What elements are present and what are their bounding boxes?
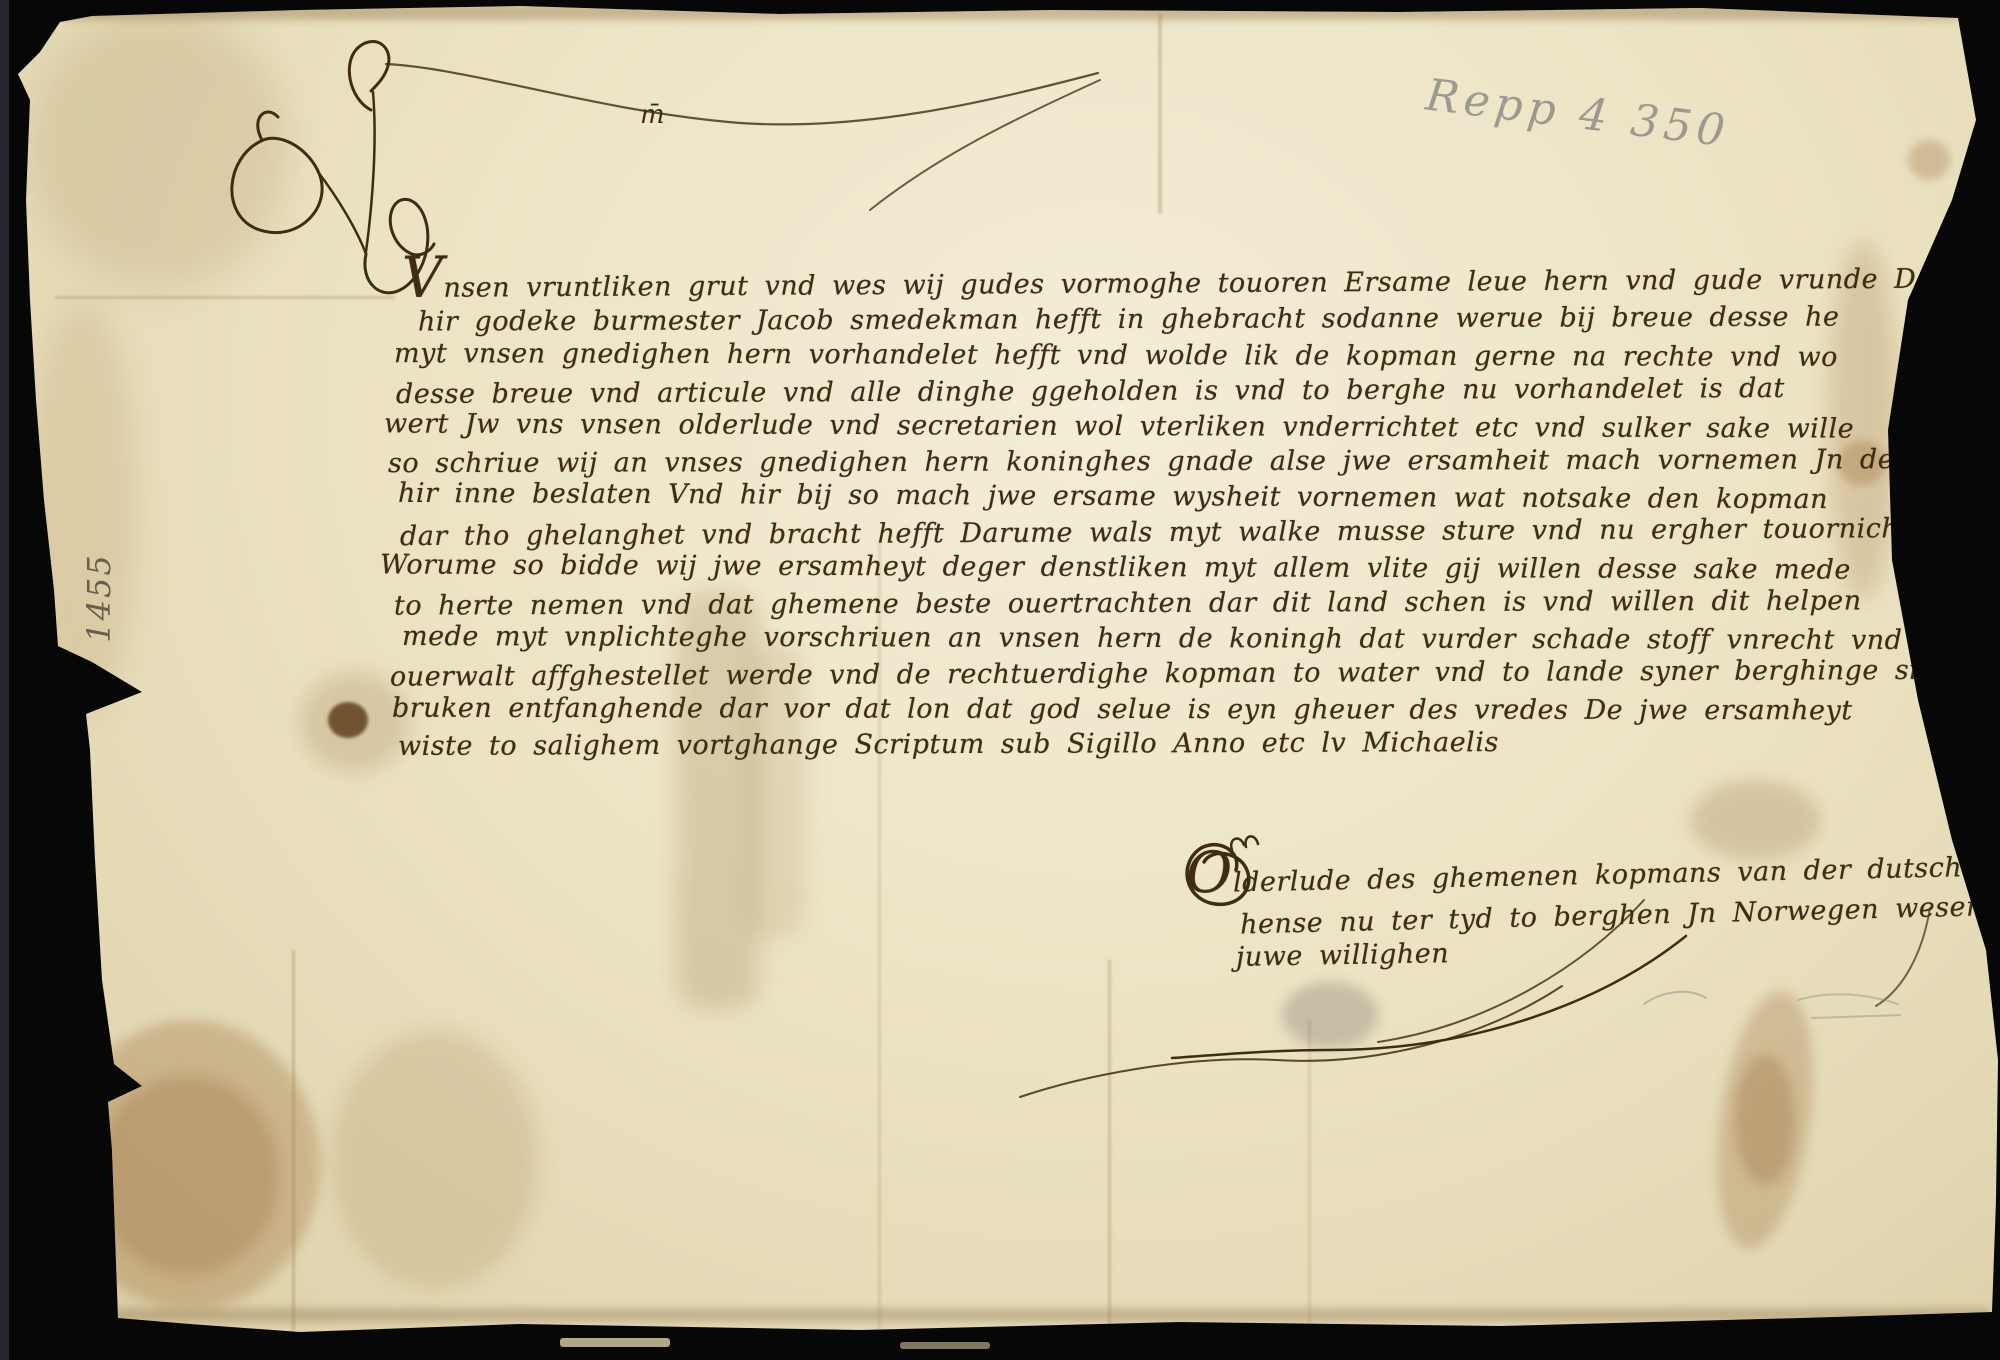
paper-chip [560, 1338, 670, 1347]
scan-background-edge [0, 0, 9, 1360]
letter-line: ouerwalt affghestellet werde vnd de rech… [390, 654, 2000, 692]
signature-line: Olderlude des ghemenen kopmans van der d… [1186, 852, 1997, 900]
letter-line: dar tho ghelanghet vnd bracht hefft Daru… [400, 513, 1962, 552]
graphite-smudge [1282, 982, 1378, 1048]
fold-crease-vertical-5 [1308, 1020, 1311, 1330]
stain-top-right [1908, 140, 1950, 180]
letter-line: so schriue wij an vnses gnedighen hern k… [388, 444, 2000, 479]
letter-line: hir inne beslaten Vnd hir bij so mach jw… [398, 478, 1828, 515]
letter-line: Worume so bidde wij jwe ersamheyt deger … [380, 549, 1851, 585]
crescent-stain-core [1735, 1055, 1795, 1185]
fold-crease-vertical-4 [1158, 14, 1162, 214]
manuscript-paper: Repp 4 350 1455 [0, 0, 2000, 1360]
top-edge-browning [60, 4, 1960, 20]
signature-line: hense nu ter tyd to berghen Jn Norwegen … [1240, 890, 2000, 940]
archival-shelfmark-note: Repp 4 350 [1423, 70, 1732, 158]
ink-blot [328, 702, 368, 738]
fold-crease-vertical-3 [1108, 960, 1111, 1330]
paper-chip [900, 1342, 990, 1349]
seal-stain-right [330, 1030, 540, 1290]
letter-line: wert Jw vns vnsen olderlude vnd secretar… [384, 408, 1854, 444]
signature-line: juwe willighen [1236, 938, 1450, 973]
crescent-stain [1702, 985, 1827, 1255]
fold-crease-vertical-1 [292, 950, 295, 1330]
letter-line: bruken entfanghende dar vor dat lon dat … [392, 693, 1853, 727]
flourish-m-mark: m̄ [640, 100, 665, 130]
letter-line: hir godeke burmester Jacob smedekman hef… [418, 302, 1840, 338]
seal-stain-left-core [95, 1075, 280, 1275]
pencil-scribbles [1644, 992, 1900, 1018]
manuscript-photo: Repp 4 350 1455 [0, 0, 2000, 1360]
opening-flourish [232, 42, 1100, 293]
letter-line: to herte nemen vnd dat ghemene beste oue… [394, 585, 1862, 621]
letter-line: wiste to salighem vortghange Scriptum su… [398, 727, 1499, 762]
corner-browning [30, 10, 290, 290]
bottom-edge-browning [110, 1308, 1990, 1322]
letter-line: mede myt vnplichteghe vorschriuen an vns… [402, 621, 1902, 656]
stain-mid-right [1690, 780, 1820, 860]
letter-line: myt vnsen gnedighen hern vorhandelet hef… [394, 338, 1838, 373]
letter-line: desse breue vnd articule vnd alle dinghe… [396, 373, 1785, 410]
fold-crease-horizontal-1 [55, 296, 395, 299]
verso-show-through-band [676, 590, 760, 1010]
seal-stain-left-outer [60, 1020, 320, 1310]
letter-line: Vnsen vruntliken grut vnd wes wij gudes … [402, 263, 2000, 304]
archival-year-note: 1455 [80, 538, 120, 658]
